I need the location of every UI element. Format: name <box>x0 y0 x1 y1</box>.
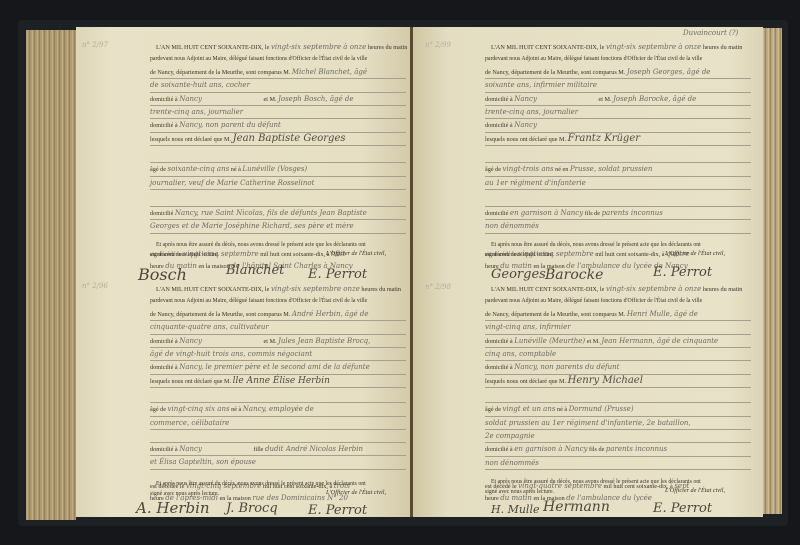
handwritten-text: commerce, célibataire <box>150 419 229 427</box>
printed-text: domicilié <box>485 210 508 217</box>
printed-text: heures du matin <box>361 286 401 293</box>
handwritten-text: 2e compagnie <box>485 432 535 440</box>
handwritten-text: Georges et de Marie Joséphine Richard, s… <box>150 222 354 230</box>
handwritten-text: soixante ans, infirmier militaire <box>485 81 597 89</box>
printed-text: L'AN MIL HUIT CENT SOIXANTE-DIX, le <box>156 286 269 293</box>
printed-text: signé avec nous après lecture. <box>485 489 554 495</box>
handwritten-text: vingt-cinq six ans <box>168 405 230 413</box>
margin-note: n° 2/97 <box>82 41 108 49</box>
handwritten-text: vingt-six septembre onze <box>271 285 360 293</box>
handwritten-text: Jean Hermann, âgé de cinquante <box>601 337 718 345</box>
printed-text: âgé de <box>485 406 501 413</box>
signature: Barocke <box>545 267 603 283</box>
handwritten-text: Nancy <box>514 121 537 129</box>
deceased-name: Frantz Krüger <box>568 133 640 144</box>
handwritten-text: soixante-cinq ans <box>168 165 230 173</box>
printed-text: domicilié à <box>485 122 513 129</box>
signature: E. Perrot <box>308 267 367 282</box>
handwritten-text: parents inconnus <box>602 209 663 217</box>
printed-text: heures du matin <box>703 44 743 51</box>
printed-text: né en <box>555 166 568 173</box>
handwritten-text: vingt-six septembre à onze <box>606 285 701 293</box>
printed-text: domicilié à <box>150 338 178 345</box>
printed-text: domicilié à <box>485 364 513 371</box>
printed-text: âgé de <box>150 166 166 173</box>
handwritten-text: Nancy <box>514 95 537 103</box>
printed-text: domicilié à <box>150 96 178 103</box>
printed-text: domicilié à <box>485 446 513 453</box>
handwritten-text: vingt et un ans <box>503 405 556 413</box>
officer-label: L'Officier de l'État civil, <box>665 487 725 494</box>
signature: E. Perrot <box>308 503 367 518</box>
printed-text: domicilié à <box>485 338 513 345</box>
printed-text: âgé de <box>485 166 501 173</box>
signature: Hermann <box>543 499 610 515</box>
handwritten-text: cinquante-quatre ans, cultivateur <box>150 323 269 331</box>
death-record-entry: L'AN MIL HUIT CENT SOIXANTE-DIX, le ving… <box>156 283 406 504</box>
handwritten-text: et Élisa Gapteltin, son épouse <box>150 458 256 466</box>
printed-text: pardevant nous Adjoint au Maire, délégué… <box>150 298 367 304</box>
officer-label: L'Officier de l'État civil, <box>665 250 725 257</box>
printed-text: lesquels nous ont déclaré que M. <box>485 136 566 143</box>
printed-text: pardevant nous Adjoint au Maire, délégué… <box>150 56 367 62</box>
printed-text: né à <box>557 406 567 413</box>
handwritten-text: Joseph Georges, âgé de <box>627 68 711 76</box>
printed-text: pardevant nous Adjoint au Maire, délégué… <box>485 56 702 62</box>
printed-text: domicilié à <box>150 446 178 453</box>
handwritten-text: non dénommés <box>485 222 539 230</box>
printed-text: de Nancy, département de la Meurthe, son… <box>485 69 625 76</box>
handwritten-text: Dormund (Prusse) <box>569 405 634 413</box>
signature: Georges <box>491 267 546 282</box>
handwritten-text: soldat prussien au 1er régiment d'infant… <box>485 419 691 427</box>
printed-text: Et après nous être assuré du décès, nous… <box>156 481 366 487</box>
margin-note: n° 2/96 <box>82 282 108 290</box>
printed-text: né à <box>231 406 241 413</box>
page-edges-right <box>762 28 782 514</box>
printed-text: domicilié à <box>150 122 178 129</box>
signature: Blanchet <box>226 263 284 278</box>
handwritten-text: Nancy, non parents du défunt <box>514 363 619 371</box>
printed-text: Et après nous être assuré du décès, nous… <box>491 242 701 248</box>
printed-text: pardevant nous Adjoint au Maire, délégué… <box>485 298 702 304</box>
handwritten-text: non dénommés <box>485 459 539 467</box>
handwritten-text: Henri Mulle, âgé de <box>627 310 698 318</box>
deceased-name: Henry Michael <box>568 375 643 386</box>
handwritten-text: de soixante-huit ans, cocher <box>150 81 250 89</box>
officer-label: L'Officier de l'État civil, <box>326 489 386 496</box>
printed-text: né à <box>231 166 241 173</box>
printed-text: et M. <box>263 96 276 103</box>
handwritten-text: au 1er régiment d'infanterie <box>485 179 586 187</box>
printed-text: de Nancy, département de la Meurthe, son… <box>485 311 625 318</box>
handwritten-text: Nancy <box>179 95 202 103</box>
printed-text: de Nancy, département de la Meurthe, son… <box>150 69 290 76</box>
handwritten-text: vingt-six septembre à onze <box>271 43 366 51</box>
death-record-entry: L'AN MIL HUIT CENT SOIXANTE-DIX, le ving… <box>491 41 751 272</box>
handwritten-text: parents inconnus <box>606 445 667 453</box>
printed-text: lesquels nous ont déclaré que M. <box>150 136 231 143</box>
printed-text: fils de <box>585 210 600 217</box>
handwritten-text: Nancy <box>179 445 202 453</box>
handwritten-text: en garnison à Nancy <box>514 445 587 453</box>
printed-text: L'AN MIL HUIT CENT SOIXANTE-DIX, le <box>491 44 604 51</box>
printed-text: fils de <box>589 446 604 453</box>
left-page: n° 2/97 L'AN MIL HUIT CENT SOIXANTE-DIX,… <box>76 27 411 517</box>
printed-text: domicilié à <box>150 364 178 371</box>
printed-text: et M. <box>598 96 611 103</box>
printed-text: signé avec nous après lecture. <box>150 252 219 258</box>
handwritten-text: Lunéville (Vosges) <box>242 165 307 173</box>
right-page: Duvaincourt (?) n° 2/99 L'AN MIL HUIT CE… <box>413 27 763 517</box>
officer-label: L'Officier de l'État civil, <box>326 250 386 257</box>
handwritten-text: journalier, veuf de Marie Catherine Ross… <box>150 179 314 187</box>
handwritten-text: cinq ans, comptable <box>485 350 556 358</box>
handwritten-text: André Herbin, âgé de <box>292 310 369 318</box>
death-record-entry: L'AN MIL HUIT CENT SOIXANTE-DIX, le ving… <box>156 41 406 272</box>
handwritten-text: Nancy, rue Saint Nicolas, fils de défunt… <box>175 209 367 217</box>
page-edges-left <box>26 30 76 520</box>
handwritten-text: vingt-six septembre à onze <box>606 43 701 51</box>
handwritten-text: Nancy <box>179 337 202 345</box>
handwritten-text: Nancy, non parent du défunt <box>179 121 281 129</box>
printed-text: Et après nous être assuré du décès, nous… <box>156 242 366 248</box>
handwritten-text: Lunéville (Meurthe) <box>514 337 585 345</box>
signature: Bosch <box>138 265 187 284</box>
signature: J. Brocq <box>226 501 278 516</box>
handwritten-text: trente-cinq ans, journalier <box>485 108 578 116</box>
printed-text: heures du matin <box>368 44 408 51</box>
printed-text: et M. <box>587 338 600 345</box>
printed-text: lesquels nous ont déclaré que M. <box>150 378 231 385</box>
printed-text: L'AN MIL HUIT CENT SOIXANTE-DIX, le <box>156 44 269 51</box>
handwritten-text: Joseph Barocke, âgé de <box>613 95 696 103</box>
printed-text: signé avec nous après lecture. <box>485 252 554 258</box>
signature: E. Perrot <box>653 265 712 280</box>
signature: H. Mulle <box>491 503 539 516</box>
handwritten-text: Nancy, le premier père et le second ami … <box>179 363 370 371</box>
printed-text: et M. <box>263 338 276 345</box>
corner-annotation: Duvaincourt (?) <box>683 29 738 37</box>
handwritten-text: vingt-cinq ans, infirmier <box>485 323 571 331</box>
handwritten-text: Prusse, soldat prussien <box>570 165 653 173</box>
death-record-entry: L'AN MIL HUIT CENT SOIXANTE-DIX, le ving… <box>491 283 751 505</box>
printed-text: L'AN MIL HUIT CENT SOIXANTE-DIX, le <box>491 286 604 293</box>
printed-text: signé avec nous après lecture. <box>150 491 219 497</box>
handwritten-text: vingt-trois ans <box>503 165 554 173</box>
deceased-name: Jean Baptiste Georges <box>233 133 346 144</box>
handwritten-text: Michel Blanchet, âgé <box>292 68 367 76</box>
margin-note: n° 2/98 <box>425 283 451 291</box>
printed-text: heures du matin <box>703 286 743 293</box>
printed-text: fille <box>253 446 263 453</box>
deceased-name: lle Anne Élise Herbin <box>233 376 330 386</box>
printed-text: âgé de <box>150 406 166 413</box>
handwritten-text: trente-cinq ans, journalier <box>150 108 243 116</box>
printed-text: lesquels nous ont déclaré que M. <box>485 378 566 385</box>
handwritten-text: Jules Jean Baptiste Brocq, <box>278 337 370 345</box>
printed-text: Et après nous être assuré du décès, nous… <box>491 479 701 485</box>
printed-text: de Nancy, département de la Meurthe, son… <box>150 311 290 318</box>
printed-text: domicilié à <box>485 96 513 103</box>
handwritten-text: en garnison à Nancy <box>510 209 583 217</box>
handwritten-text: Joseph Bosch, âgé de <box>278 95 353 103</box>
handwritten-text: dudit André Nicolas Herbin <box>265 445 363 453</box>
printed-text: domicilié <box>150 210 173 217</box>
handwritten-text: âgé de vingt-huit trois ans, commis négo… <box>150 350 312 358</box>
margin-note: n° 2/99 <box>425 41 451 49</box>
handwritten-text: Nancy, employée de <box>243 405 314 413</box>
signature: A. Herbin <box>136 499 210 517</box>
signature: E. Perrot <box>653 501 712 516</box>
